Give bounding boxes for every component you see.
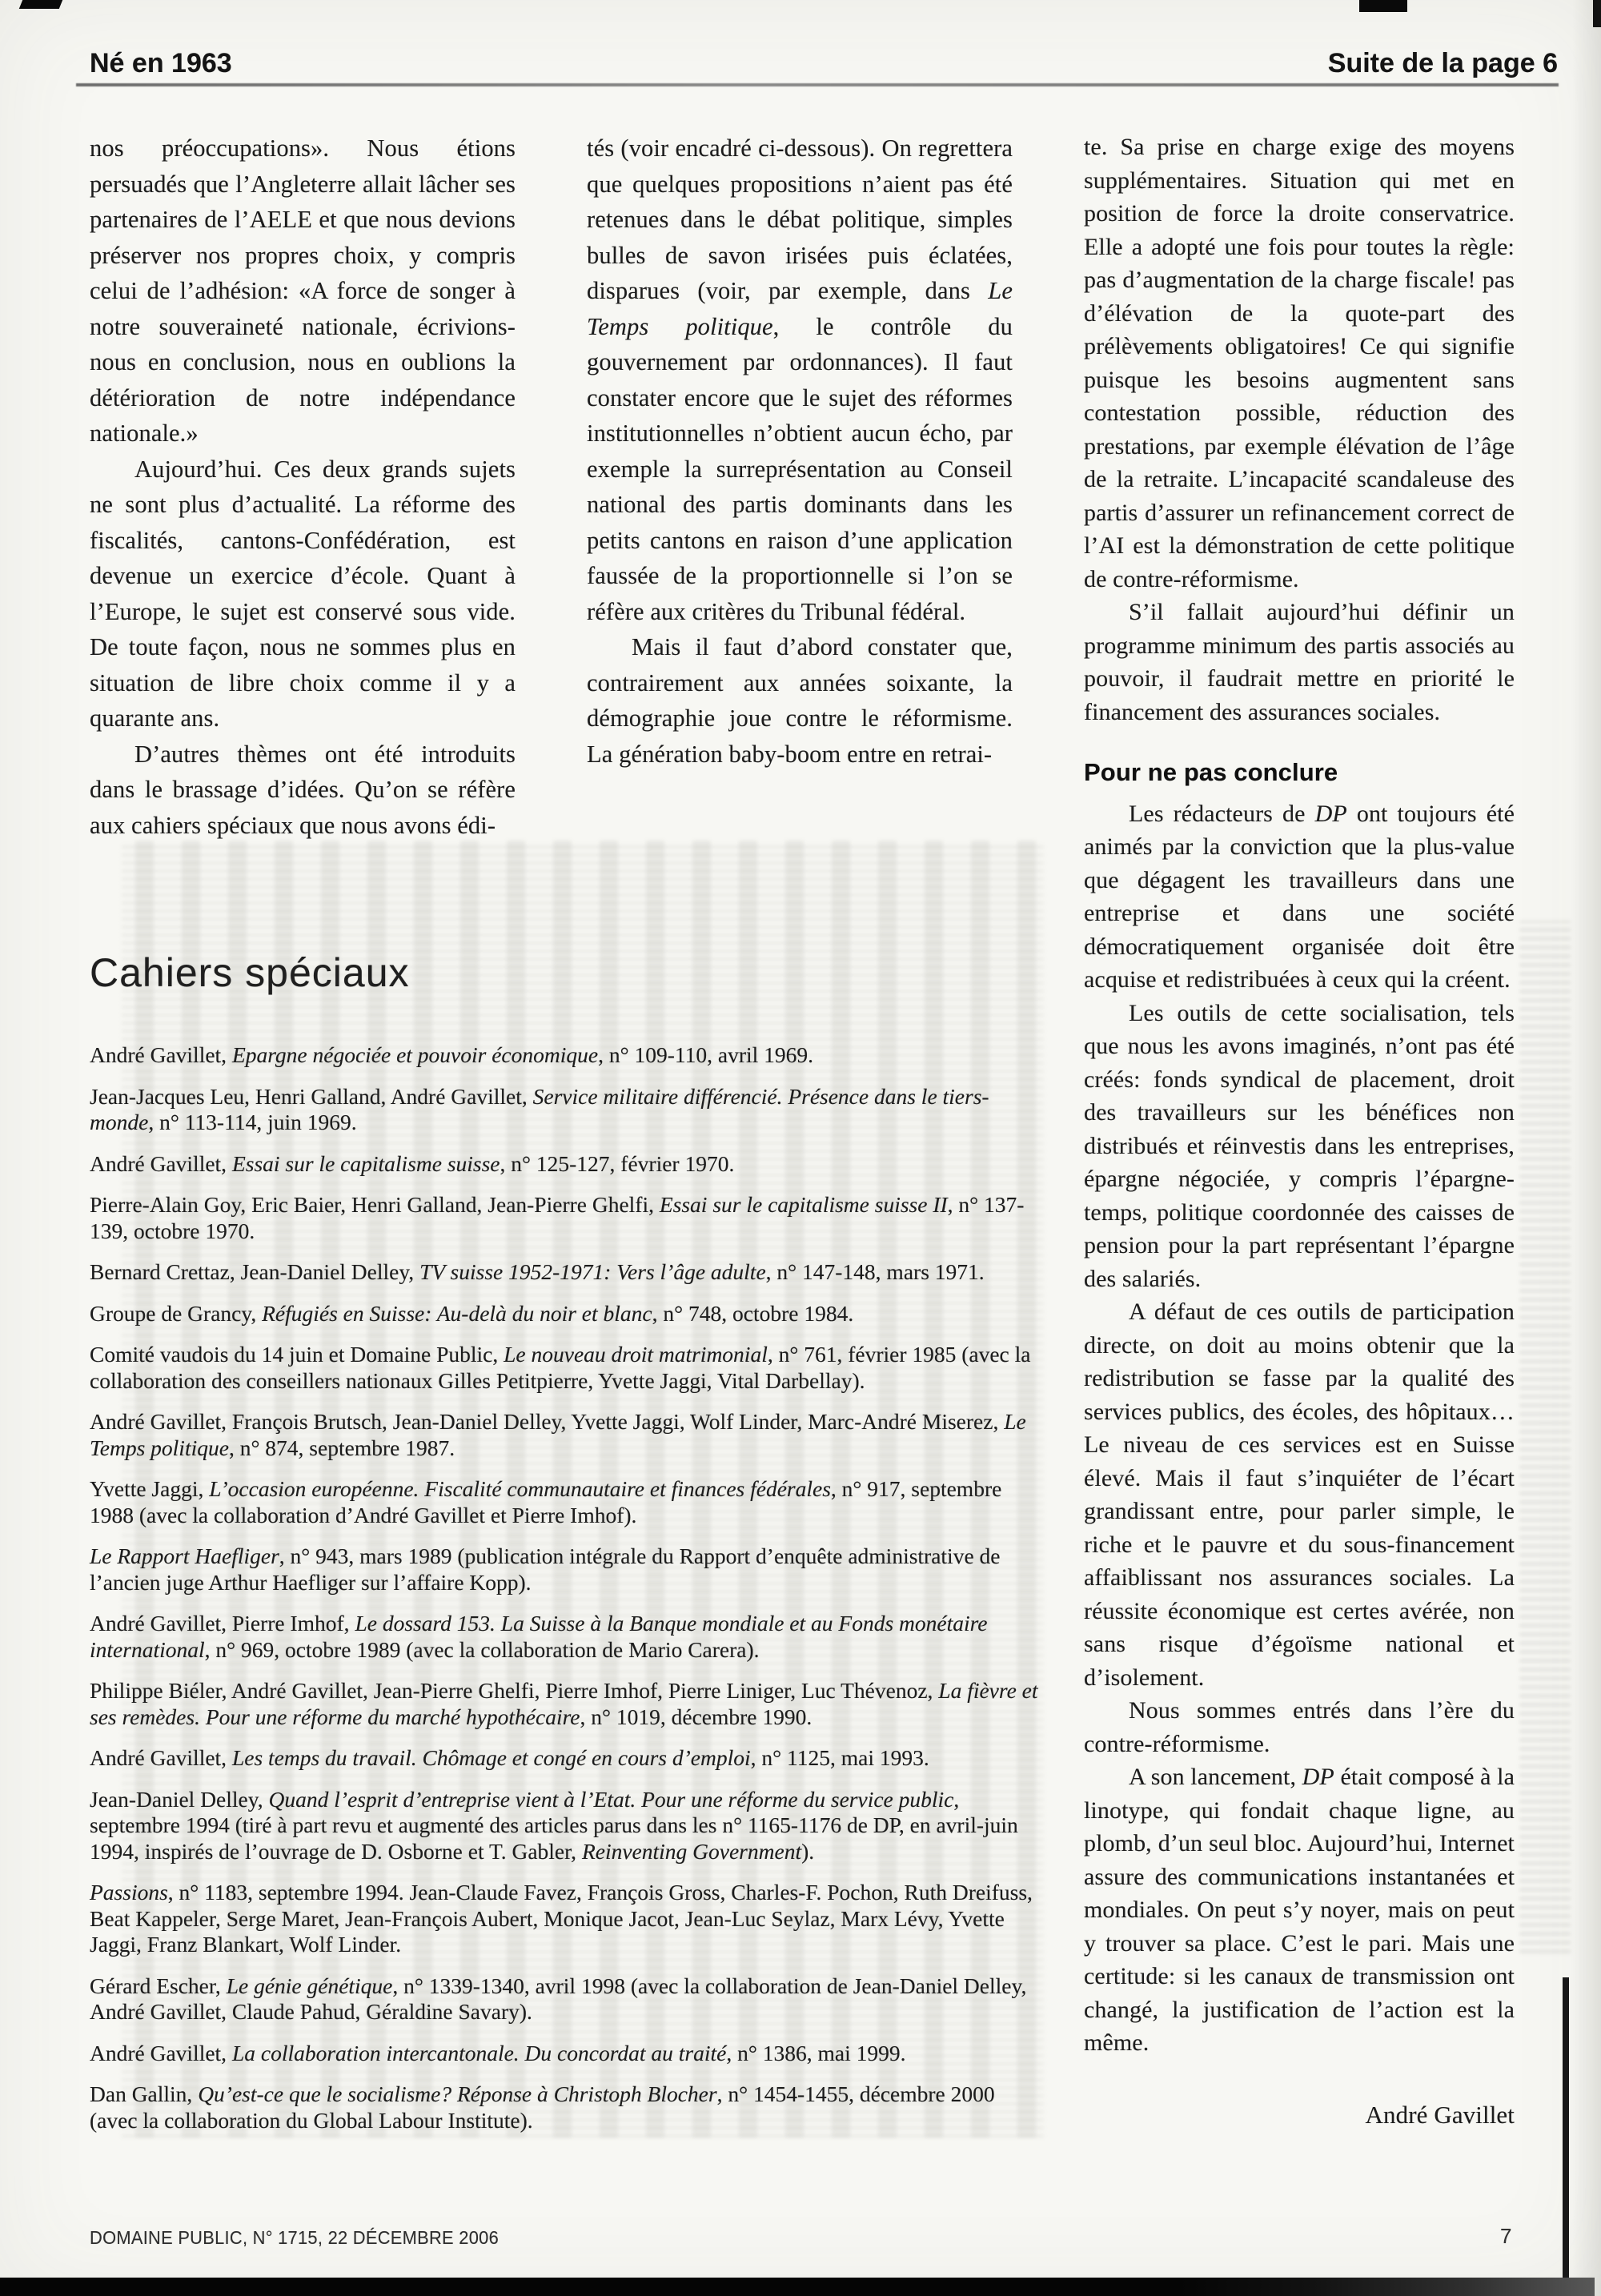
scanned-newspaper-page: Né en 1963 Suite de la page 6 nos préocc… [0, 0, 1601, 2296]
body-paragraph: Mais il faut d’abord constater que, cont… [587, 629, 1013, 772]
body-paragraph: D’autres thèmes ont été introduits dans … [90, 737, 516, 844]
body-paragraph: nos préoccupations». Nous étions persuad… [90, 130, 516, 452]
body-paragraph: A son lancement, DP était composé à la l… [1084, 1760, 1515, 2060]
bleed-through-ghost-right [1519, 921, 1571, 1953]
header-rule [76, 83, 1559, 86]
scan-mark-top-right [1359, 0, 1407, 12]
publication-entry: Jean-Jacques Leu, Henri Galland, André G… [90, 1084, 1038, 1136]
publication-entry: Passions, n° 1183, septembre 1994. Jean-… [90, 1880, 1038, 1958]
body-paragraph: te. Sa prise en charge exige des moyens … [1084, 130, 1515, 596]
publication-entry: André Gavillet, Essai sur le capitalisme… [90, 1151, 1038, 1178]
article-column-3: te. Sa prise en charge exige des moyens … [1084, 130, 1515, 2131]
scan-mark-bottom-bar [0, 2278, 1595, 2296]
publication-entry: Gérard Escher, Le génie génétique, n° 13… [90, 1973, 1038, 2025]
section-heading: Pour ne pas conclure [1084, 756, 1515, 789]
body-paragraph: S’il fallait aujourd’hui définir un prog… [1084, 596, 1515, 729]
publication-entry: André Gavillet, Pierre Imhof, Le dossard… [90, 1611, 1038, 1663]
publication-entry: Yvette Jaggi, L’occasion européenne. Fis… [90, 1476, 1038, 1528]
article-column-2: tés (voir encadré ci-dessous). On regret… [587, 130, 1013, 772]
header-article-title: Né en 1963 [90, 48, 232, 79]
body-paragraph: Nous sommes entrés dans l’ère du contre-… [1084, 1694, 1515, 1760]
publication-entry: André Gavillet, François Brutsch, Jean-D… [90, 1409, 1038, 1461]
body-paragraph: Aujourd’hui. Ces deux grands sujets ne s… [90, 452, 516, 737]
footer-page-number: 7 [1500, 2224, 1511, 2249]
publication-entry: André Gavillet, Epargne négociée et pouv… [90, 1042, 1038, 1069]
publication-entry: Philippe Biéler, André Gavillet, Jean-Pi… [90, 1678, 1038, 1730]
header-continuation-note: Suite de la page 6 [1328, 48, 1558, 79]
publication-entry: Dan Gallin, Qu’est-ce que le socialisme?… [90, 2081, 1038, 2133]
body-paragraph: Les rédacteurs de DP ont toujours été an… [1084, 797, 1515, 997]
publications-list: André Gavillet, Epargne négociée et pouv… [90, 1042, 1038, 2133]
cahiers-title: Cahiers spéciaux [90, 949, 1044, 996]
publication-entry: Comité vaudois du 14 juin et Domaine Pub… [90, 1342, 1038, 1394]
publication-entry: Jean-Daniel Delley, Quand l’esprit d’ent… [90, 1787, 1038, 1865]
body-paragraph: Les outils de cette socialisation, tels … [1084, 997, 1515, 1296]
article-column-1: nos préoccupations». Nous étions persuad… [90, 130, 516, 843]
scan-mark-corner [1593, 0, 1601, 27]
author-signature: André Gavillet [1084, 2098, 1515, 2132]
publication-entry: Groupe de Grancy, Réfugiés en Suisse: Au… [90, 1301, 1038, 1327]
scan-mark-top-left [19, 0, 62, 9]
body-paragraph: tés (voir encadré ci-dessous). On regret… [587, 130, 1013, 629]
publication-entry: André Gavillet, Les temps du travail. Ch… [90, 1745, 1038, 1772]
footer-issue-line: DOMAINE PUBLIC, N° 1715, 22 DÉCEMBRE 200… [90, 2227, 499, 2249]
publication-entry: Bernard Crettaz, Jean-Daniel Delley, TV … [90, 1259, 1038, 1286]
cahiers-speciaux-box: Cahiers spéciaux André Gavillet, Epargne… [90, 849, 1044, 2137]
publication-entry: Le Rapport Haefliger, n° 943, mars 1989 … [90, 1543, 1038, 1596]
publication-entry: André Gavillet, La collaboration interca… [90, 2041, 1038, 2067]
scan-mark-right-edge-line [1563, 1977, 1569, 2282]
publication-entry: Pierre-Alain Goy, Eric Baier, Henri Gall… [90, 1192, 1038, 1244]
body-paragraph: A défaut de ces outils de participation … [1084, 1295, 1515, 1694]
